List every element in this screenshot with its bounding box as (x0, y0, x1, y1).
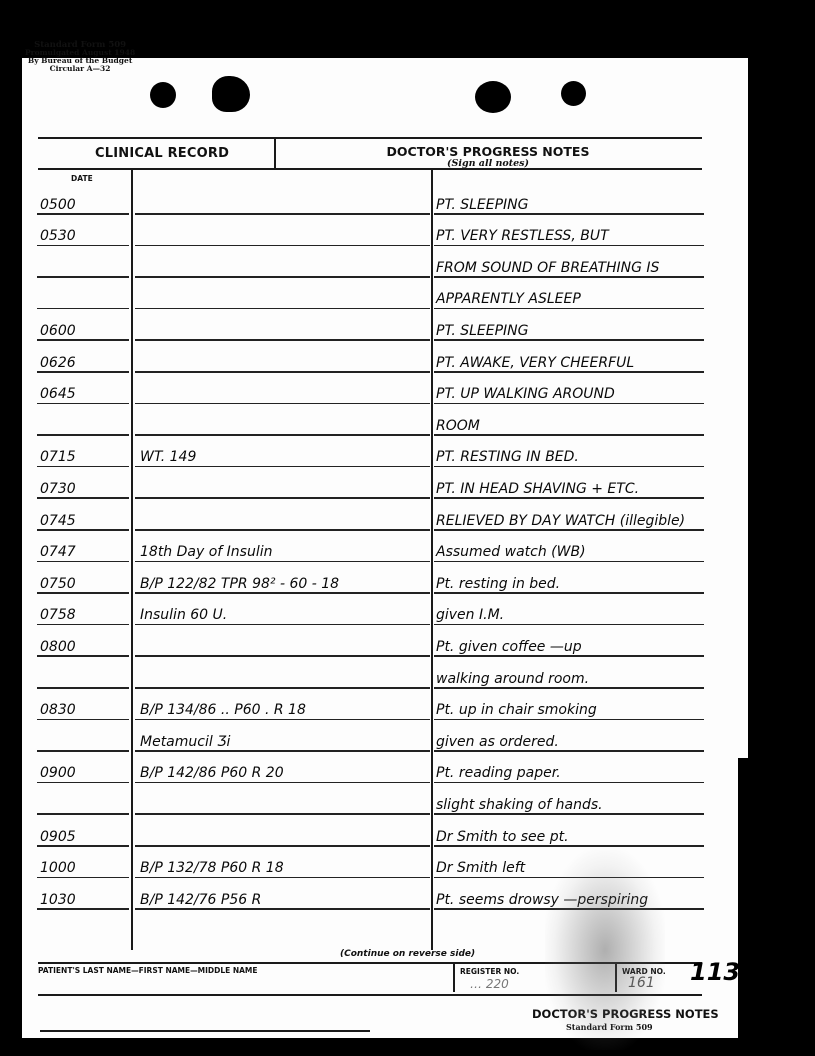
entry-time: 0600 (40, 323, 76, 339)
entry-note: PT. SLEEPING (436, 197, 529, 213)
entry-note: Pt. given coffee —up (436, 639, 582, 655)
table-row: ROOM (22, 404, 738, 436)
entry-note: Pt. reading paper. (436, 765, 561, 781)
entry-note: PT. AWAKE, VERY CHEERFUL (436, 355, 634, 371)
entry-note: ROOM (436, 418, 480, 434)
entry-time: 0750 (40, 576, 76, 592)
entry-note: walking around room. (436, 671, 589, 687)
entry-note: Assumed watch (WB) (436, 544, 586, 560)
entry-time: 1030 (40, 892, 76, 908)
entry-vitals: 18th Day of Insulin (140, 544, 273, 560)
table-row: 0830B/P 134/86 .. P60 . R 18Pt. up in ch… (22, 689, 738, 721)
smudge (545, 850, 665, 1050)
table-row: slight shaking of hands. (22, 783, 738, 815)
progress-notes-title: DOCTOR'S PROGRESS NOTES (338, 144, 638, 159)
form-id-line: Circular A—32 (25, 65, 135, 73)
punch-hole (475, 81, 511, 113)
entry-note: Dr Smith left (436, 860, 525, 876)
register-no-label: REGISTER NO. (460, 967, 519, 976)
table-row: 0600PT. SLEEPING (22, 309, 738, 341)
entry-time: 1000 (40, 860, 76, 876)
entry-time: 0530 (40, 228, 76, 244)
entry-vitals: B/P 142/86 P60 R 20 (140, 765, 284, 781)
table-row: 0750B/P 122/82 TPR 98² - 60 - 18Pt. rest… (22, 562, 738, 594)
entry-note: PT. IN HEAD SHAVING + ETC. (436, 481, 639, 497)
entry-vitals: Metamucil Ʒi (140, 734, 230, 750)
mid-rule (135, 908, 430, 910)
entry-note: PT. SLEEPING (436, 323, 529, 339)
date-column-label: DATE (71, 174, 93, 183)
entry-note: APPARENTLY ASLEEP (436, 291, 581, 307)
entry-time: 0900 (40, 765, 76, 781)
entry-note: Pt. up in chair smoking (436, 702, 597, 718)
punch-hole (561, 81, 586, 106)
entry-note: given I.M. (436, 607, 504, 623)
entry-note: Dr Smith to see pt. (436, 829, 569, 845)
entry-vitals: WT. 149 (140, 449, 196, 465)
register-no-value: … 220 (470, 977, 509, 991)
punch-hole (212, 76, 250, 112)
entry-time: 0715 (40, 449, 76, 465)
header-divider (274, 139, 276, 168)
entry-note: PT. VERY RESTLESS, BUT (436, 228, 609, 244)
facility-rule (40, 1030, 370, 1032)
page-edge (738, 58, 748, 758)
date-rule (37, 908, 129, 910)
table-row: 0715WT. 149PT. RESTING IN BED. (22, 436, 738, 468)
entry-time: 0758 (40, 607, 76, 623)
table-row: 0900B/P 142/86 P60 R 20Pt. reading paper… (22, 752, 738, 784)
entry-time: 0745 (40, 513, 76, 529)
entry-note: slight shaking of hands. (436, 797, 603, 813)
table-row: walking around room. (22, 657, 738, 689)
page-number: 113 (690, 958, 740, 986)
entry-time: 0730 (40, 481, 76, 497)
entry-time: 0626 (40, 355, 76, 371)
patient-name-label: PATIENT'S LAST NAME—FIRST NAME—MIDDLE NA… (38, 966, 258, 975)
table-row: 074718th Day of InsulinAssumed watch (WB… (22, 531, 738, 563)
table-row: 0730PT. IN HEAD SHAVING + ETC. (22, 467, 738, 499)
entry-vitals: B/P 134/86 .. P60 . R 18 (140, 702, 306, 718)
entry-note: given as ordered. (436, 734, 559, 750)
form-identifier: Standard Form 509 Promulgated August 194… (25, 41, 135, 73)
entry-vitals: B/P 132/78 P60 R 18 (140, 860, 284, 876)
table-row: APPARENTLY ASLEEP (22, 278, 738, 310)
entry-vitals: Insulin 60 U. (140, 607, 227, 623)
table-row: 0500PT. SLEEPING (22, 183, 738, 215)
entry-time: 0500 (40, 197, 76, 213)
table-row: FROM SOUND OF BREATHING IS (22, 246, 738, 278)
entry-vitals: B/P 142/76 P56 R (140, 892, 261, 908)
table-row: 0745RELIEVED BY DAY WATCH (illegible) (22, 499, 738, 531)
table-row: Metamucil Ʒigiven as ordered. (22, 720, 738, 752)
entry-time: 0830 (40, 702, 76, 718)
entry-note: RELIEVED BY DAY WATCH (illegible) (436, 513, 685, 529)
clinical-record-title: CLINICAL RECORD (95, 146, 229, 161)
entry-time: 0747 (40, 544, 76, 560)
table-row: 0905Dr Smith to see pt. (22, 815, 738, 847)
entry-time: 0800 (40, 639, 76, 655)
entry-note: Pt. resting in bed. (436, 576, 560, 592)
punch-hole (150, 82, 176, 108)
entry-note: PT. RESTING IN BED. (436, 449, 579, 465)
entry-note: PT. UP WALKING AROUND (436, 386, 615, 402)
table-row: 0530PT. VERY RESTLESS, BUT (22, 215, 738, 247)
table-row: 0758Insulin 60 U.given I.M. (22, 594, 738, 626)
continue-note: (Continue on reverse side) (340, 949, 475, 959)
header-top-rule (38, 137, 702, 139)
entry-vitals: B/P 122/82 TPR 98² - 60 - 18 (140, 576, 339, 592)
entry-time: 0905 (40, 829, 76, 845)
entry-note: FROM SOUND OF BREATHING IS (436, 260, 659, 276)
entry-time: 0645 (40, 386, 76, 402)
table-row: 0645PT. UP WALKING AROUND (22, 373, 738, 405)
progress-notes-subtitle: (Sign all notes) (338, 158, 638, 169)
register-divider (453, 964, 455, 992)
table-row: 0800Pt. given coffee —up (22, 625, 738, 657)
table-row: 0626PT. AWAKE, VERY CHEERFUL (22, 341, 738, 373)
